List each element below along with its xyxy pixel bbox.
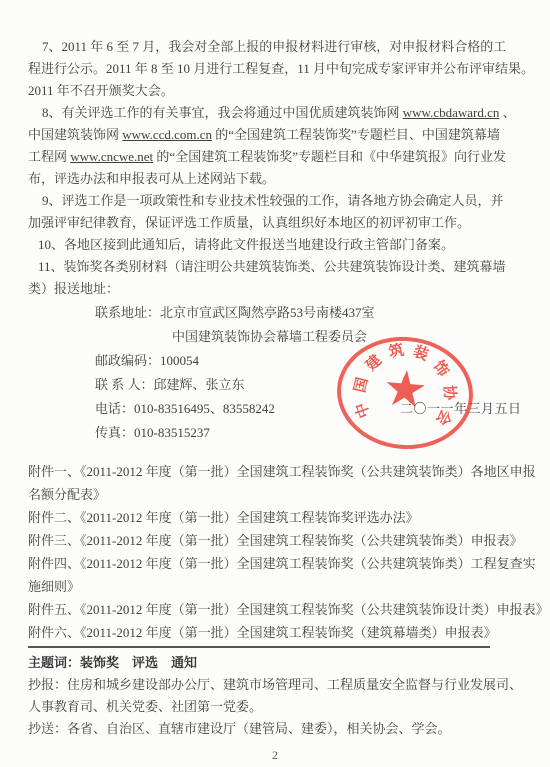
paragraph-text: 的“全国建筑工程装饰奖”专题栏目和《中华建筑报》向行业发 <box>153 149 506 164</box>
cncwe-url-link[interactable]: www.cncwe.net <box>70 149 153 164</box>
copy-send-line: 抄送：各省、自治区、直辖市建设厅（建管局、建委），相关协会、学会。 <box>28 718 528 740</box>
paragraph-11-line-2: 类）报送地址： <box>28 278 528 300</box>
attachment-1-line-1: 附件一、《2011-2012 年度（第一批）全国建筑工程装饰奖（公共建筑装饰类）… <box>28 460 533 483</box>
attachment-4-line-1: 附件四、《2011-2012 年度（第一批）全国建筑工程装饰奖（公共建筑装饰类）… <box>28 552 533 575</box>
notice-body: 7、2011 年 6 至 7 月，我会对全部上报的申报材料进行审核，对申报材料合… <box>28 36 528 300</box>
attachment-1-line-2: 名额分配表》 <box>28 483 533 506</box>
attachments-list: 附件一、《2011-2012 年度（第一批）全国建筑工程装饰奖（公共建筑装饰类）… <box>28 460 533 644</box>
document-page: 7、2011 年 6 至 7 月，我会对全部上报的申报材料进行审核，对申报材料合… <box>0 0 550 767</box>
official-seal: ★ 中 国 建 筑 装 饰 协 会 <box>332 331 477 454</box>
paragraph-9-line-1: 9、评选工作是一项政策性和专业技术性较强的工作，请各地方协会确定人员，并 <box>28 190 528 212</box>
paragraph-8-line-3: 工程网 www.cncwe.net 的“全国建筑工程装饰奖”专题栏目和《中华建筑… <box>28 146 528 168</box>
paragraph-8-line-1: 8、有关评选工作的有关事宜，我会将通过中国优质建筑装饰网 www.cbdawar… <box>28 102 528 124</box>
paragraph-7-line-2: 程进行公示。2011 年 8 至 10 月进行工程复查，11 月中旬完成专家评审… <box>28 58 528 80</box>
attachment-4-line-2: 施细则》 <box>28 575 533 598</box>
paragraph-8-line-4: 布，评选办法和申报表可从上述网站下载。 <box>28 168 528 190</box>
copy-report-line-2: 人事教育司、机关党委、社团第一党委。 <box>28 696 528 718</box>
contact-address-line: 联系地址：北京市宣武区陶然亭路53号南楼437室 <box>95 301 515 325</box>
paragraph-text: 、 <box>499 105 515 120</box>
paragraph-7-line-3: 2011 年不召开颁奖大会。 <box>28 80 528 102</box>
star-icon: ★ <box>381 362 430 416</box>
cbdaward-url-link[interactable]: www.cbdaward.cn <box>403 105 500 120</box>
divider-line <box>28 646 490 648</box>
paragraph-10-line-1: 10、各地区接到此通知后，请将此文件报送当地建设行政主管部门备案。 <box>28 234 528 256</box>
seal-arc-char: 筑 <box>387 342 406 361</box>
paragraph-text: 的“全国建筑工程装饰奖”专题栏目、中国建筑幕墙 <box>212 127 500 142</box>
subject-keywords-line: 主题词：装饰奖 评选 通知 <box>28 652 528 674</box>
paragraph-text: 8、有关评选工作的有关事宜，我会将通过中国优质建筑装饰网 <box>42 105 403 120</box>
attachment-6: 附件六、《2011-2012 年度（第一批）全国建筑工程装饰奖（建筑幕墙类）申报… <box>28 621 533 644</box>
seal-arc-char: 协 <box>440 384 457 401</box>
paragraph-text: 中国建筑装饰网 <box>28 127 122 142</box>
copy-report-line-1: 抄报：住房和城乡建设部办公厅、建筑市场管理司、工程质量安全监督与行业发展司、 <box>28 674 528 696</box>
attachment-3: 附件三、《2011-2012 年度（第一批）全国建筑工程装饰奖（公共建筑装饰类）… <box>28 529 533 552</box>
document-footer: 主题词：装饰奖 评选 通知 抄报：住房和城乡建设部办公厅、建筑市场管理司、工程质… <box>28 652 528 740</box>
ccd-url-link[interactable]: www.ccd.com.cn <box>122 127 212 142</box>
paragraph-11-line-1: 11、装饰奖各类别材料（请注明公共建筑装饰类、公共建筑装饰设计类、建筑幕墙 <box>28 256 528 278</box>
paragraph-8-line-2: 中国建筑装饰网 www.ccd.com.cn 的“全国建筑工程装饰奖”专题栏目、… <box>28 124 528 146</box>
paragraph-9-line-2: 加强评审纪律教育，保证评选工作质量，认真组织好本地区的初评初审工作。 <box>28 212 528 234</box>
paragraph-text: 工程网 <box>28 149 70 164</box>
paragraph-7-line-1: 7、2011 年 6 至 7 月，我会对全部上报的申报材料进行审核，对申报材料合… <box>28 36 528 58</box>
page-number: 2 <box>0 748 550 763</box>
attachment-2: 附件二、《2011-2012 年度（第一批）全国建筑工程装饰奖评选办法》 <box>28 506 533 529</box>
attachment-5: 附件五、《2011-2012 年度（第一批）全国建筑工程装饰奖（公共建筑装饰设计… <box>28 598 533 621</box>
